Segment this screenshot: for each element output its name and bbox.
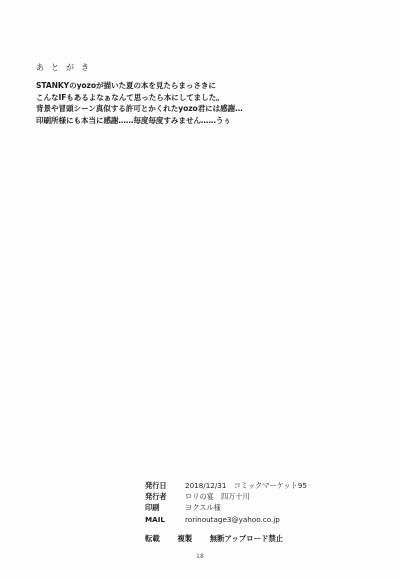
colophon-value: ヨクスル様 xyxy=(185,502,221,513)
afterword-body: STANKYのyozoが描いた夏の本を見たらまっさきに こんなIFもあるよなぁな… xyxy=(36,80,296,126)
notice-item: 複製 xyxy=(177,534,192,543)
notice-item: 転載 xyxy=(145,534,160,543)
afterword-line: 印刷所様にも本当に感謝……毎度毎度すみません……うぅ xyxy=(36,115,296,127)
book-page: あとがき STANKYのyozoが描いた夏の本を見たらまっさきに こんなIFもあ… xyxy=(0,0,400,579)
colophon-label: 印刷 xyxy=(145,502,185,513)
afterword-line: こんなIFもあるよなぁなんて思ったら本にしてました。 xyxy=(36,92,296,104)
colophon-row-printer: 印刷 ヨクスル様 xyxy=(145,502,307,513)
colophon-label: 発行日 xyxy=(145,480,185,491)
colophon-value: 2018/12/31 コミックマーケット95 xyxy=(185,480,307,491)
reproduction-notice: 転載 複製 無断アップロード禁止 xyxy=(145,533,292,544)
colophon-row-publish-date: 発行日 2018/12/31 コミックマーケット95 xyxy=(145,480,307,491)
afterword-heading: あとがき xyxy=(36,62,96,73)
page-number: 18 xyxy=(0,553,400,560)
afterword-line: 背景や冒頭シーン真似する許可とかくれたyozo君には感謝… xyxy=(36,103,296,115)
colophon-row-mail: MAIL rorinoutage3@yahoo.co.jp xyxy=(145,514,307,525)
colophon-label: 発行者 xyxy=(145,491,185,502)
colophon-email: rorinoutage3@yahoo.co.jp xyxy=(185,514,280,525)
colophon-row-publisher: 発行者 ロリの宴 四万十川 xyxy=(145,491,307,502)
colophon-value: ロリの宴 四万十川 xyxy=(185,491,250,502)
notice-item: 無断アップロード禁止 xyxy=(210,534,283,543)
colophon: 発行日 2018/12/31 コミックマーケット95 発行者 ロリの宴 四万十川… xyxy=(145,480,307,525)
colophon-label: MAIL xyxy=(145,514,185,525)
afterword-line: STANKYのyozoが描いた夏の本を見たらまっさきに xyxy=(36,80,296,92)
